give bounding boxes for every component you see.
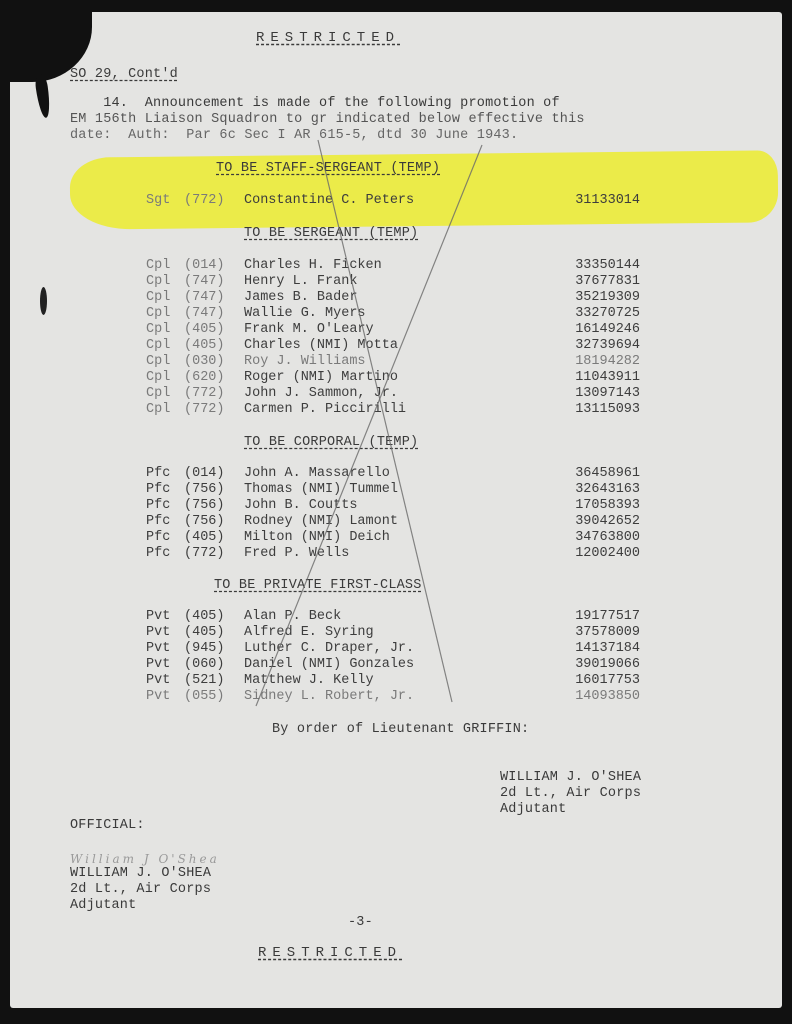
rank: Cpl xyxy=(146,290,170,305)
serial-number: 37578009 xyxy=(575,625,640,640)
serial-number: 32739694 xyxy=(575,338,640,353)
code: (756) xyxy=(184,514,225,529)
code: (030) xyxy=(184,354,225,369)
name: Roy J. Williams xyxy=(244,354,366,369)
by-order-line: By order of Lieutenant GRIFFIN: xyxy=(272,722,529,738)
table-row: Pvt(055)Sidney L. Robert, Jr.14093850 xyxy=(146,689,646,705)
name: Thomas (NMI) Tummel xyxy=(244,482,398,497)
name: John J. Sammon, Jr. xyxy=(244,386,398,401)
serial-number: 14093850 xyxy=(575,689,640,704)
rank: Pfc xyxy=(146,498,170,513)
rank: Cpl xyxy=(146,354,170,369)
rank: Cpl xyxy=(146,402,170,417)
rank: Pvt xyxy=(146,673,170,688)
ink-blot xyxy=(34,73,52,118)
code: (055) xyxy=(184,689,225,704)
table-row: Cpl(747)Henry L. Frank37677831 xyxy=(146,274,646,290)
serial-number: 16017753 xyxy=(575,673,640,688)
serial-number: 36458961 xyxy=(575,466,640,481)
serial-number: 14137184 xyxy=(575,641,640,656)
table-row: Cpl(620)Roger (NMI) Martino11043911 xyxy=(146,370,646,386)
rank: Pfc xyxy=(146,514,170,529)
order-reference: SO 29, Cont'd xyxy=(70,67,178,83)
name: Alan P. Beck xyxy=(244,609,341,624)
code: (747) xyxy=(184,306,225,321)
name: Henry L. Frank xyxy=(244,274,357,289)
name: Charles H. Ficken xyxy=(244,258,382,273)
serial-number: 32643163 xyxy=(575,482,640,497)
section-title-staff-sergeant: TO BE STAFF-SERGEANT (TEMP) xyxy=(216,161,440,177)
rank: Pfc xyxy=(146,546,170,561)
code: (014) xyxy=(184,258,225,273)
table-row: Pvt(405)Alan P. Beck19177517 xyxy=(146,609,646,625)
table-row: Pfc(405)Milton (NMI) Deich34763800 xyxy=(146,530,646,546)
rank: Cpl xyxy=(146,386,170,401)
signatory-name: WILLIAM J. O'SHEA xyxy=(500,770,641,786)
name: Matthew J. Kelly xyxy=(244,673,374,688)
table-row: Cpl(014)Charles H. Ficken33350144 xyxy=(146,258,646,274)
serial-number: 13115093 xyxy=(575,402,640,417)
code: (060) xyxy=(184,657,225,672)
official-signatory-rank: 2d Lt., Air Corps xyxy=(70,882,211,898)
code: (620) xyxy=(184,370,225,385)
table-row: Cpl(405)Charles (NMI) Motta32739694 xyxy=(146,338,646,354)
table-row: Pvt(405)Alfred E. Syring37578009 xyxy=(146,625,646,641)
serial-number: 35219309 xyxy=(575,290,640,305)
table-row: Pfc(756)Rodney (NMI) Lamont39042652 xyxy=(146,514,646,530)
name: Roger (NMI) Martino xyxy=(244,370,398,385)
serial-number: 39042652 xyxy=(575,514,640,529)
announcement-line-1: 14. Announcement is made of the followin… xyxy=(70,96,560,112)
code: (014) xyxy=(184,466,225,481)
serial-number: 13097143 xyxy=(575,386,640,401)
table-row: Pvt(060)Daniel (NMI) Gonzales39019066 xyxy=(146,657,646,673)
table-row: Pfc(772)Fred P. Wells12002400 xyxy=(146,546,646,562)
name: Frank M. O'Leary xyxy=(244,322,374,337)
code: (772) xyxy=(184,386,225,401)
serial-number: 17058393 xyxy=(575,498,640,513)
signatory-title: Adjutant xyxy=(500,802,566,818)
name: Fred P. Wells xyxy=(244,546,349,561)
section-title-corporal: TO BE CORPORAL (TEMP) xyxy=(244,435,418,451)
code: (747) xyxy=(184,290,225,305)
rank: Pfc xyxy=(146,530,170,545)
table-row: Sgt (772) Constantine C. Peters 31133014 xyxy=(146,193,646,209)
rank: Cpl xyxy=(146,338,170,353)
ink-spot xyxy=(40,287,47,315)
announcement-line-3: date: Auth: Par 6c Sec I AR 615-5, dtd 3… xyxy=(70,128,518,144)
rank: Cpl xyxy=(146,306,170,321)
rank: Pvt xyxy=(146,641,170,656)
table-row: Pvt(521)Matthew J. Kelly16017753 xyxy=(146,673,646,689)
announcement-line-2: EM 156th Liaison Squadron to gr indicate… xyxy=(70,112,585,128)
official-signatory-title: Adjutant xyxy=(70,898,136,914)
name: Wallie G. Myers xyxy=(244,306,366,321)
rank: Pvt xyxy=(146,625,170,640)
classification-header: RESTRICTED xyxy=(256,31,400,47)
table-row: Cpl(772)Carmen P. Piccirilli13115093 xyxy=(146,402,646,418)
rank: Pfc xyxy=(146,482,170,497)
serial-number: 18194282 xyxy=(575,354,640,369)
name: Luther C. Draper, Jr. xyxy=(244,641,414,656)
classification-footer: RESTRICTED xyxy=(258,946,402,962)
code: (772) xyxy=(184,193,225,208)
table-row: Cpl(747)Wallie G. Myers33270725 xyxy=(146,306,646,322)
rank: Cpl xyxy=(146,370,170,385)
table-row: Pfc(756)Thomas (NMI) Tummel32643163 xyxy=(146,482,646,498)
page-number: -3- xyxy=(348,915,373,931)
serial-number: 33350144 xyxy=(575,258,640,273)
table-row: Pfc(014)John A. Massarello36458961 xyxy=(146,466,646,482)
name: Milton (NMI) Deich xyxy=(244,530,390,545)
serial-number: 34763800 xyxy=(575,530,640,545)
serial-number: 12002400 xyxy=(575,546,640,561)
table-row: Cpl(772)John J. Sammon, Jr.13097143 xyxy=(146,386,646,402)
serial-number: 16149246 xyxy=(575,322,640,337)
code: (405) xyxy=(184,530,225,545)
code: (521) xyxy=(184,673,225,688)
table-row: Cpl(405)Frank M. O'Leary16149246 xyxy=(146,322,646,338)
serial-number: 31133014 xyxy=(575,193,640,208)
name: Charles (NMI) Motta xyxy=(244,338,398,353)
serial-number: 19177517 xyxy=(575,609,640,624)
name: John A. Massarello xyxy=(244,466,390,481)
name: Constantine C. Peters xyxy=(244,193,414,208)
serial-number: 33270725 xyxy=(575,306,640,321)
code: (756) xyxy=(184,482,225,497)
official-signatory-name: WILLIAM J. O'SHEA xyxy=(70,866,211,882)
signatory-rank: 2d Lt., Air Corps xyxy=(500,786,641,802)
code: (772) xyxy=(184,402,225,417)
code: (747) xyxy=(184,274,225,289)
serial-number: 11043911 xyxy=(575,370,640,385)
name: Alfred E. Syring xyxy=(244,625,374,640)
code: (756) xyxy=(184,498,225,513)
code: (945) xyxy=(184,641,225,656)
code: (405) xyxy=(184,609,225,624)
section-title-private-first-class: TO BE PRIVATE FIRST-CLASS xyxy=(214,578,422,594)
section-title-sergeant: TO BE SERGEANT (TEMP) xyxy=(244,226,418,242)
name: Daniel (NMI) Gonzales xyxy=(244,657,414,672)
rank: Pvt xyxy=(146,609,170,624)
rank: Pvt xyxy=(146,657,170,672)
code: (405) xyxy=(184,625,225,640)
rank: Pvt xyxy=(146,689,170,704)
name: Rodney (NMI) Lamont xyxy=(244,514,398,529)
name: James B. Bader xyxy=(244,290,357,305)
rank: Cpl xyxy=(146,322,170,337)
name: Sidney L. Robert, Jr. xyxy=(244,689,414,704)
rank: Cpl xyxy=(146,258,170,273)
name: John B. Coutts xyxy=(244,498,357,513)
code: (405) xyxy=(184,322,225,337)
code: (405) xyxy=(184,338,225,353)
rank: Cpl xyxy=(146,274,170,289)
table-row: Cpl(030)Roy J. Williams18194282 xyxy=(146,354,646,370)
rank: Sgt xyxy=(146,193,170,208)
table-row: Pvt(945)Luther C. Draper, Jr.14137184 xyxy=(146,641,646,657)
code: (772) xyxy=(184,546,225,561)
rank: Pfc xyxy=(146,466,170,481)
handwritten-signature: William J O'Shea xyxy=(70,852,220,866)
name: Carmen P. Piccirilli xyxy=(244,402,406,417)
serial-number: 39019066 xyxy=(575,657,640,672)
table-row: Cpl(747)James B. Bader35219309 xyxy=(146,290,646,306)
serial-number: 37677831 xyxy=(575,274,640,289)
official-label: OFFICIAL: xyxy=(70,818,145,834)
table-row: Pfc(756)John B. Coutts17058393 xyxy=(146,498,646,514)
